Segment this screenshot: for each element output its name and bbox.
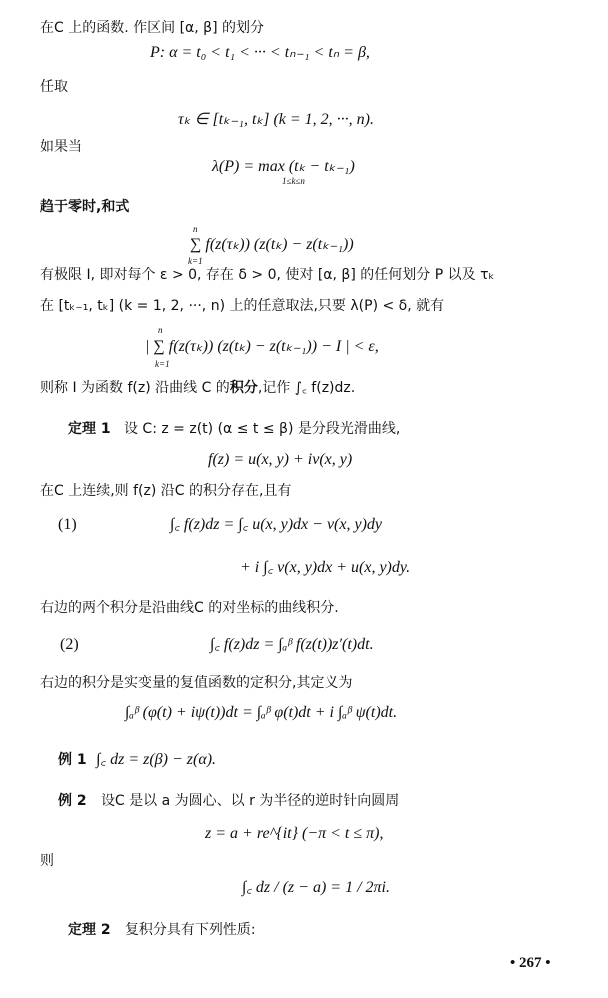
formula-eq1-line2: + i ∫꜀ v(x, y)dx + u(x, y)dy. <box>240 560 410 576</box>
sum-lower-limit: k=1 <box>155 360 170 369</box>
text-line: 右边的两个积分是沿曲线C 的对坐标的曲线积分. <box>40 601 339 615</box>
text-line: 在C 上连续,则 f(z) 沿C 的积分存在,且有 <box>40 484 291 498</box>
formula-partition: P: α = t₀ < t₁ < ··· < tₙ₋₁ < tₙ = β, <box>150 45 370 61</box>
theorem-label: 定理 2 <box>68 922 111 938</box>
formula-f-uv: f(z) = u(x, y) + iv(x, y) <box>208 452 352 468</box>
definition-term: 积分 <box>230 380 258 396</box>
formula-definite-integral: ∫ₐᵝ (φ(t) + iψ(t))dt = ∫ₐᵝ φ(t)dt + i ∫ₐ… <box>125 705 397 721</box>
theorem-text: 设 C: z = z(t) (α ≤ t ≤ β) 是分段光滑曲线, <box>124 421 400 437</box>
text-line: 有极限 I, 即对每个 ε > 0, 存在 δ > 0, 使对 [α, β] 的… <box>40 268 494 282</box>
definition-notation: ,记作 ∫꜀ f(z)dz. <box>258 380 355 396</box>
example-label: 例 2 <box>58 793 87 809</box>
text-line: 则 <box>40 854 54 868</box>
formula-riemann-sum: ∑ f(z(τₖ)) (z(tₖ) − z(tₖ₋₁)) <box>190 237 354 253</box>
formula-eq2: ∫꜀ f(z)dz = ∫ₐᵝ f(z(t))z′(t)dt. <box>210 637 374 653</box>
formula-limit-condition: | ∑ f(z(τₖ)) (z(tₖ) − z(tₖ₋₁)) − I | < ε… <box>145 339 379 355</box>
formula-tau: τₖ ∈ [tₖ₋₁, tₖ] (k = 1, 2, ···, n). <box>178 112 374 128</box>
example-1: 例 1 ∫꜀ dz = z(β) − z(α). <box>58 752 216 768</box>
text-line: 在C 上的函数. 作区间 [α, β] 的划分 <box>40 21 264 35</box>
equation-number: (1) <box>58 517 77 533</box>
theorem-label: 定理 1 <box>68 421 111 437</box>
formula-circle-integral: ∫꜀ dz / (z − a) = 1 / 2πi. <box>242 880 390 896</box>
formula-eq1-line1: ∫꜀ f(z)dz = ∫꜀ u(x, y)dx − v(x, y)dy <box>170 517 382 533</box>
text-line: 任取 <box>40 80 68 94</box>
formula-circle: z = a + re^{it} (−π < t ≤ π), <box>205 826 384 842</box>
sum-lower-limit: k=1 <box>188 257 203 266</box>
sum-upper-limit: n <box>193 225 198 234</box>
page-number: • 267 • <box>510 956 551 971</box>
theorem-1: 定理 1 设 C: z = z(t) (α ≤ t ≤ β) 是分段光滑曲线, <box>68 422 400 436</box>
example-text: 设C 是以 a 为圆心、以 r 为半径的逆时针向圆周 <box>101 793 399 809</box>
text-line: 在 [tₖ₋₁, tₖ] (k = 1, 2, ···, n) 上的任意取法,只… <box>40 299 444 313</box>
example-label: 例 1 <box>58 752 87 768</box>
formula-lambda-subscript: 1≤k≤n <box>282 177 305 186</box>
definition-line: 则称 I 为函数 f(z) 沿曲线 C 的积分,记作 ∫꜀ f(z)dz. <box>40 381 355 395</box>
theorem-text: 复积分具有下列性质: <box>125 922 256 938</box>
text-line: 趋于零时,和式 <box>40 200 129 214</box>
text-line: 右边的积分是实变量的复值函数的定积分,其定义为 <box>40 676 352 690</box>
example-formula: ∫꜀ dz = z(β) − z(α). <box>96 751 216 768</box>
theorem-2: 定理 2 复积分具有下列性质: <box>68 922 256 937</box>
equation-number: (2) <box>60 637 79 653</box>
sum-upper-limit: n <box>158 326 163 335</box>
example-2: 例 2 设C 是以 a 为圆心、以 r 为半径的逆时针向圆周 <box>58 793 399 808</box>
formula-lambda: λ(P) = max (tₖ − tₖ₋₁) <box>212 159 355 175</box>
text-line: 如果当 <box>40 140 82 154</box>
definition-text: 则称 I 为函数 f(z) 沿曲线 C 的 <box>40 380 230 396</box>
